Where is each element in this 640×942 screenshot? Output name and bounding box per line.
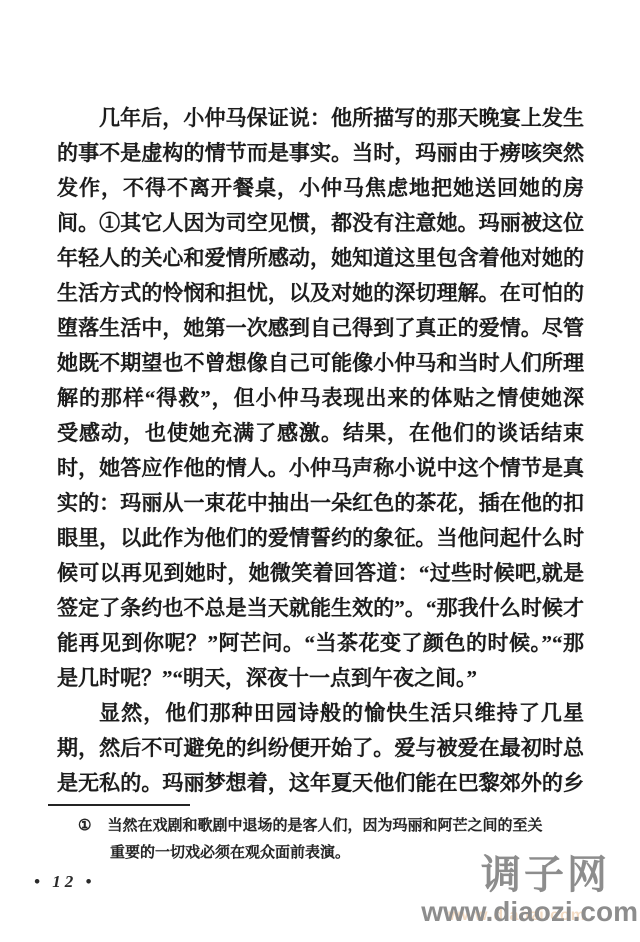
text-line: 期，然后不可避免的纠纷便开始了。爱与被爱在最初时总 [57, 731, 584, 766]
text-line: 的事不是虚构的情节而是事实。当时，玛丽由于痨咳突然 [57, 136, 584, 171]
text-line: 间。①其它人因为司空见惯，都没有注意她。玛丽被这位 [57, 206, 584, 241]
text-line: 实的：玛丽从一束花中抽出一朵红色的茶花，插在他的扣 [57, 486, 584, 521]
text-line: 解的那样“得救”，但小仲马表现出来的体贴之情使她深 [57, 381, 584, 416]
watermark-site-url: www.diaozi.com [421, 896, 638, 927]
text-line: 签定了条约也不总是当天就能生效的”。“那我什么时候才 [57, 591, 584, 626]
text-line: 受感动，也使她充满了感激。结果，在他们的谈话结束 [57, 416, 584, 451]
body-text: 几年后，小仲马保证说：他所描写的那天晚宴上发生的事不是虚构的情节而是事实。当时，… [57, 101, 584, 801]
text-line: 生活方式的怜悯和担忧，以及对她的深切理解。在可怕的 [57, 276, 584, 311]
text-line: 堕落生活中，她第一次感到自己得到了真正的爱情。尽管 [57, 311, 584, 346]
text-line: 几年后，小仲马保证说：他所描写的那天晚宴上发生 [57, 101, 584, 136]
watermark-site-name: 调子网 [421, 853, 638, 897]
text-line: 是几时呢？”“明天，深夜十一点到午夜之间。” [57, 661, 584, 696]
watermark: 调子网 www.diaozi.com www.diaozi.com [421, 853, 638, 928]
text-line: 时，她答应作他的情人。小仲马声称小说中这个情节是真 [57, 451, 584, 486]
text-line: 候可以再见到她时，她微笑着回答道：“过些时候吧,就是 [57, 556, 584, 591]
footnote-line: ①当然在戏剧和歌剧中退场的是客人们，因为玛丽和阿芒之间的至关 [57, 813, 570, 840]
footnote-marker: ① [78, 818, 91, 834]
text-line: 显然，他们那种田园诗般的愉快生活只维持了几星 [57, 696, 584, 731]
footnote-text: 重要的一切戏必须在观众面前表演。 [110, 845, 350, 861]
book-page: 几年后，小仲马保证说：他所描写的那天晚宴上发生的事不是虚构的情节而是事实。当时，… [0, 0, 640, 942]
watermark-url-wrap: www.diaozi.com www.diaozi.com [421, 897, 638, 928]
text-line: 眼里，以此作为他们的爱情誓约的象征。当他问起什么时 [57, 521, 584, 556]
footnote-divider [48, 804, 190, 806]
footnote-text: 当然在戏剧和歌剧中退场的是客人们，因为玛丽和阿芒之间的至关 [107, 818, 542, 834]
text-line: 发作，不得不离开餐桌，小仲马焦虑地把她送回她的房 [57, 171, 584, 206]
text-line: 年轻人的关心和爱情所感动，她知道这里包含着他对她的 [57, 241, 584, 276]
text-line: 能再见到你呢？”阿芒问。“当茶花变了颜色的时候。”“那 [57, 626, 584, 661]
text-line: 她既不期望也不曾想像自己可能像小仲马和当时人们所理 [57, 346, 584, 381]
text-line: 是无私的。玛丽梦想着，这年夏天他们能在巴黎郊外的乡 [57, 766, 584, 801]
page-number: • 12 • [34, 872, 95, 892]
